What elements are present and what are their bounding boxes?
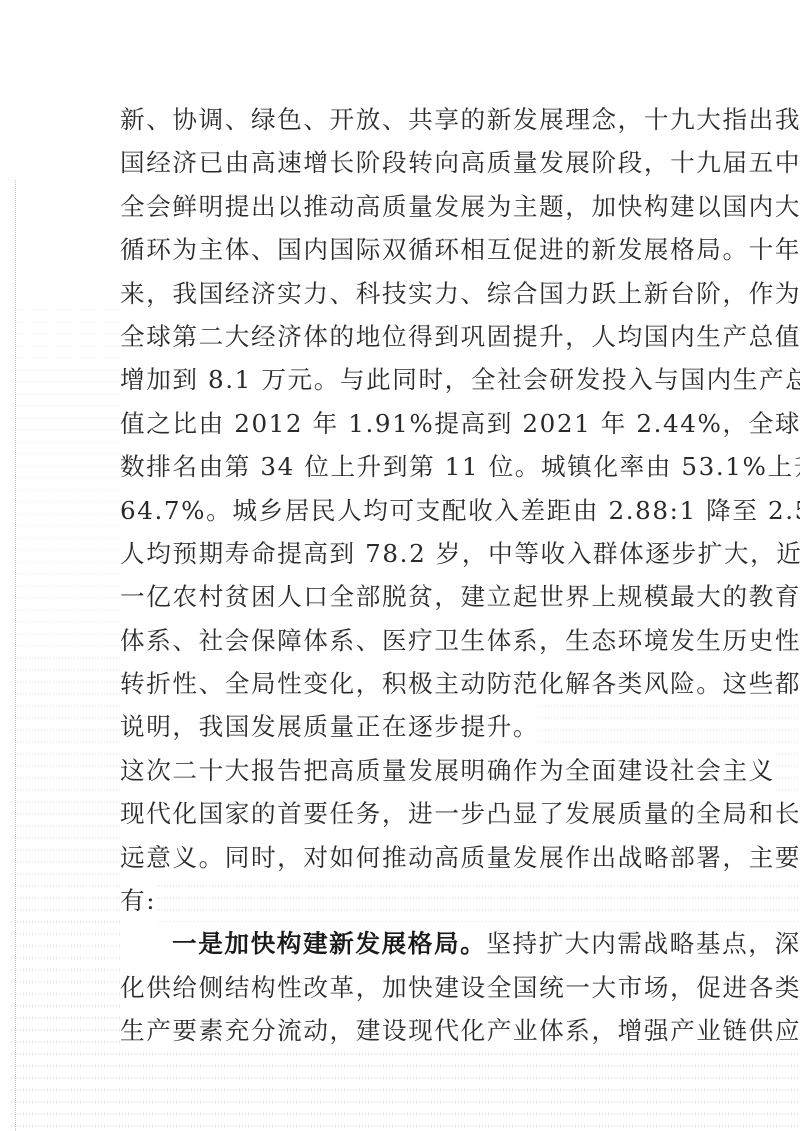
paragraph-twentieth-congress-report: 这次二十大报告把高质量发展明确作为全面建设社会主义 现代化国家的首要任务，进一步…	[120, 749, 680, 923]
text-line: 人均预期寿命提高到 78.2 岁，中等收入群体逐步扩大，近	[120, 532, 800, 575]
text-line: 一亿农村贫困人口全部脱贫，建立起世界上规模最大的教育	[120, 575, 800, 618]
text-line: 64.7%。城乡居民人均可支配收入差距由 2.88:1 降至 2.5:1，	[120, 489, 800, 532]
text-line: 来，我国经济实力、科技实力、综合国力跃上新台阶，作为	[120, 272, 800, 315]
text-line: 现代化国家的首要任务，进一步凸显了发展质量的全局和长	[120, 792, 800, 835]
text-line: 这次二十大报告把高质量发展明确作为全面建设社会主义	[120, 749, 775, 792]
text-line: 全球第二大经济体的地位得到巩固提升，人均国内生产总值	[120, 315, 800, 358]
text-line: 有:	[120, 879, 156, 922]
text-line: 化供给侧结构性改革，加快建设全国统一大市场，促进各类	[120, 966, 800, 1009]
point-one-text: 坚持扩大内需战略基点，深	[486, 929, 800, 958]
text-line: 一是加快构建新发展格局。坚持扩大内需战略基点，深	[120, 922, 800, 965]
text-line: 体系、社会保障体系、医疗卫生体系，生态环境发生历史性、	[120, 619, 800, 662]
scan-left-edge	[15, 180, 17, 1131]
paragraph-point-one: 一是加快构建新发展格局。坚持扩大内需战略基点，深 化供给侧结构性改革，加快建设全…	[120, 922, 680, 1052]
text-line: 全会鲜明提出以推动高质量发展为主题，加快构建以国内大	[120, 185, 800, 228]
text-line: 新、协调、绿色、开放、共享的新发展理念，十九大指出我	[120, 98, 800, 141]
text-line: 增加到 8.1 万元。与此同时，全社会研发投入与国内生产总	[120, 358, 800, 401]
text-line: 转折性、全局性变化，积极主动防范化解各类风险。这些都	[120, 662, 800, 705]
paragraph-development-achievements: 新、协调、绿色、开放、共享的新发展理念，十九大指出我 国经济已由高速增长阶段转向…	[120, 98, 680, 749]
text-line: 数排名由第 34 位上升到第 11 位。城镇化率由 53.1%上升到	[120, 445, 800, 488]
text-line: 循环为主体、国内国际双循环相互促进的新发展格局。十年	[120, 228, 800, 271]
text-line: 远意义。同时，对如何推动高质量发展作出战略部署，主要	[120, 836, 800, 879]
point-one-heading: 一是加快构建新发展格局。	[172, 929, 486, 958]
document-page: 新、协调、绿色、开放、共享的新发展理念，十九大指出我 国经济已由高速增长阶段转向…	[120, 98, 680, 1053]
text-line: 生产要素充分流动，建设现代化产业体系，增强产业链供应	[120, 1009, 800, 1052]
text-line: 说明，我国发展质量正在逐步提升。	[120, 705, 539, 748]
text-line: 值之比由 2012 年 1.91%提高到 2021 年 2.44%，全球创新指	[120, 402, 800, 445]
text-line: 国经济已由高速增长阶段转向高质量发展阶段，十九届五中	[120, 141, 800, 184]
